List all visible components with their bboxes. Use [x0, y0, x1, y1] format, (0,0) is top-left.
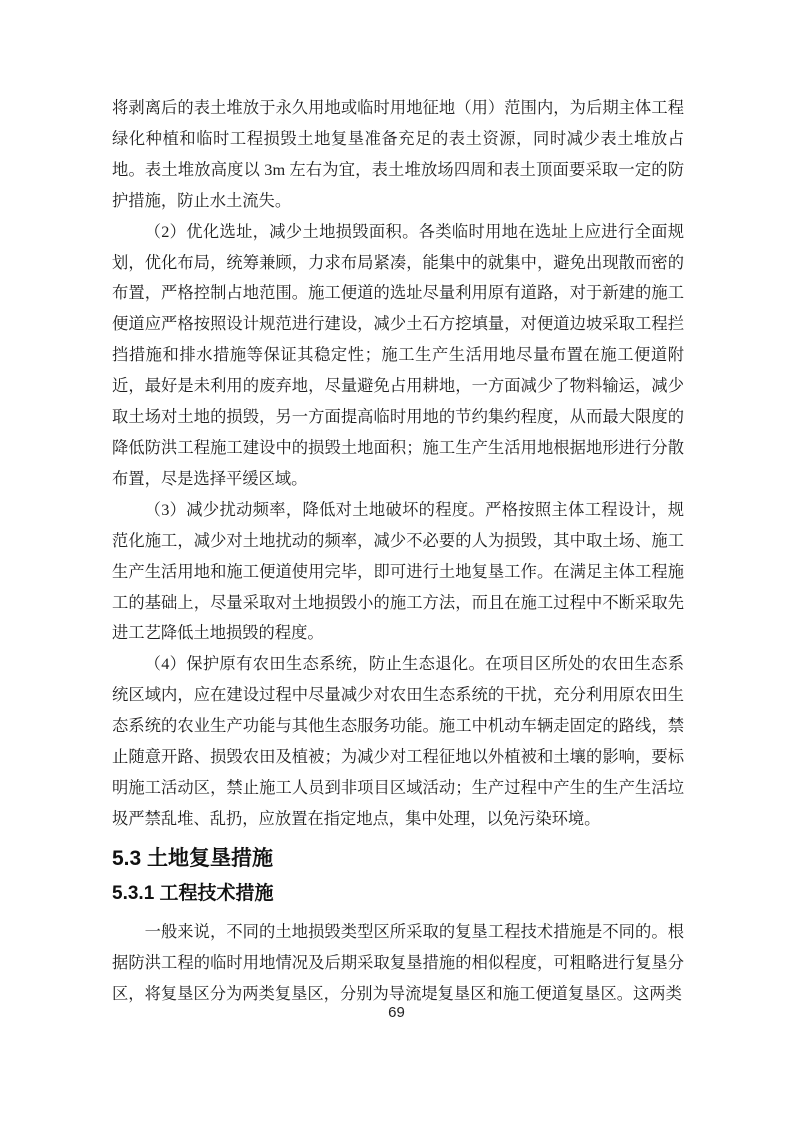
paragraph-disturbance-frequency-reduction: （3）减少扰动频率，降低对土地破坏的程度。严格按照主体工程设计，规范化施工，减少… [112, 495, 684, 650]
subsection-heading-5-3-1: 5.3.1 工程技术措施 [112, 877, 684, 911]
paragraph-reclamation-zoning-intro: 一般来说，不同的土地损毁类型区所采取的复垦工程技术措施是不同的。根据防洪工程的临… [112, 917, 684, 1010]
document-page: 将剥离后的表土堆放于永久用地或临时用地征地（用）范围内，为后期主体工程绿化种植和… [0, 0, 793, 1122]
page-number: 69 [0, 1004, 793, 1022]
paragraph-topsoil-stockpiling: 将剥离后的表土堆放于永久用地或临时用地征地（用）范围内，为后期主体工程绿化种植和… [112, 93, 684, 217]
paragraph-farmland-ecosystem-protection: （4）保护原有农田生态系统，防止生态退化。在项目区所处的农田生态系统区域内，应在… [112, 649, 684, 834]
paragraph-site-selection-optimization: （2）优化选址，减少土地损毁面积。各类临时用地在选址上应进行全面规划，优化布局，… [112, 217, 684, 495]
page-content: 将剥离后的表土堆放于永久用地或临时用地征地（用）范围内，为后期主体工程绿化种植和… [112, 93, 684, 1009]
section-heading-5-3: 5.3 土地复垦措施 [112, 841, 684, 877]
